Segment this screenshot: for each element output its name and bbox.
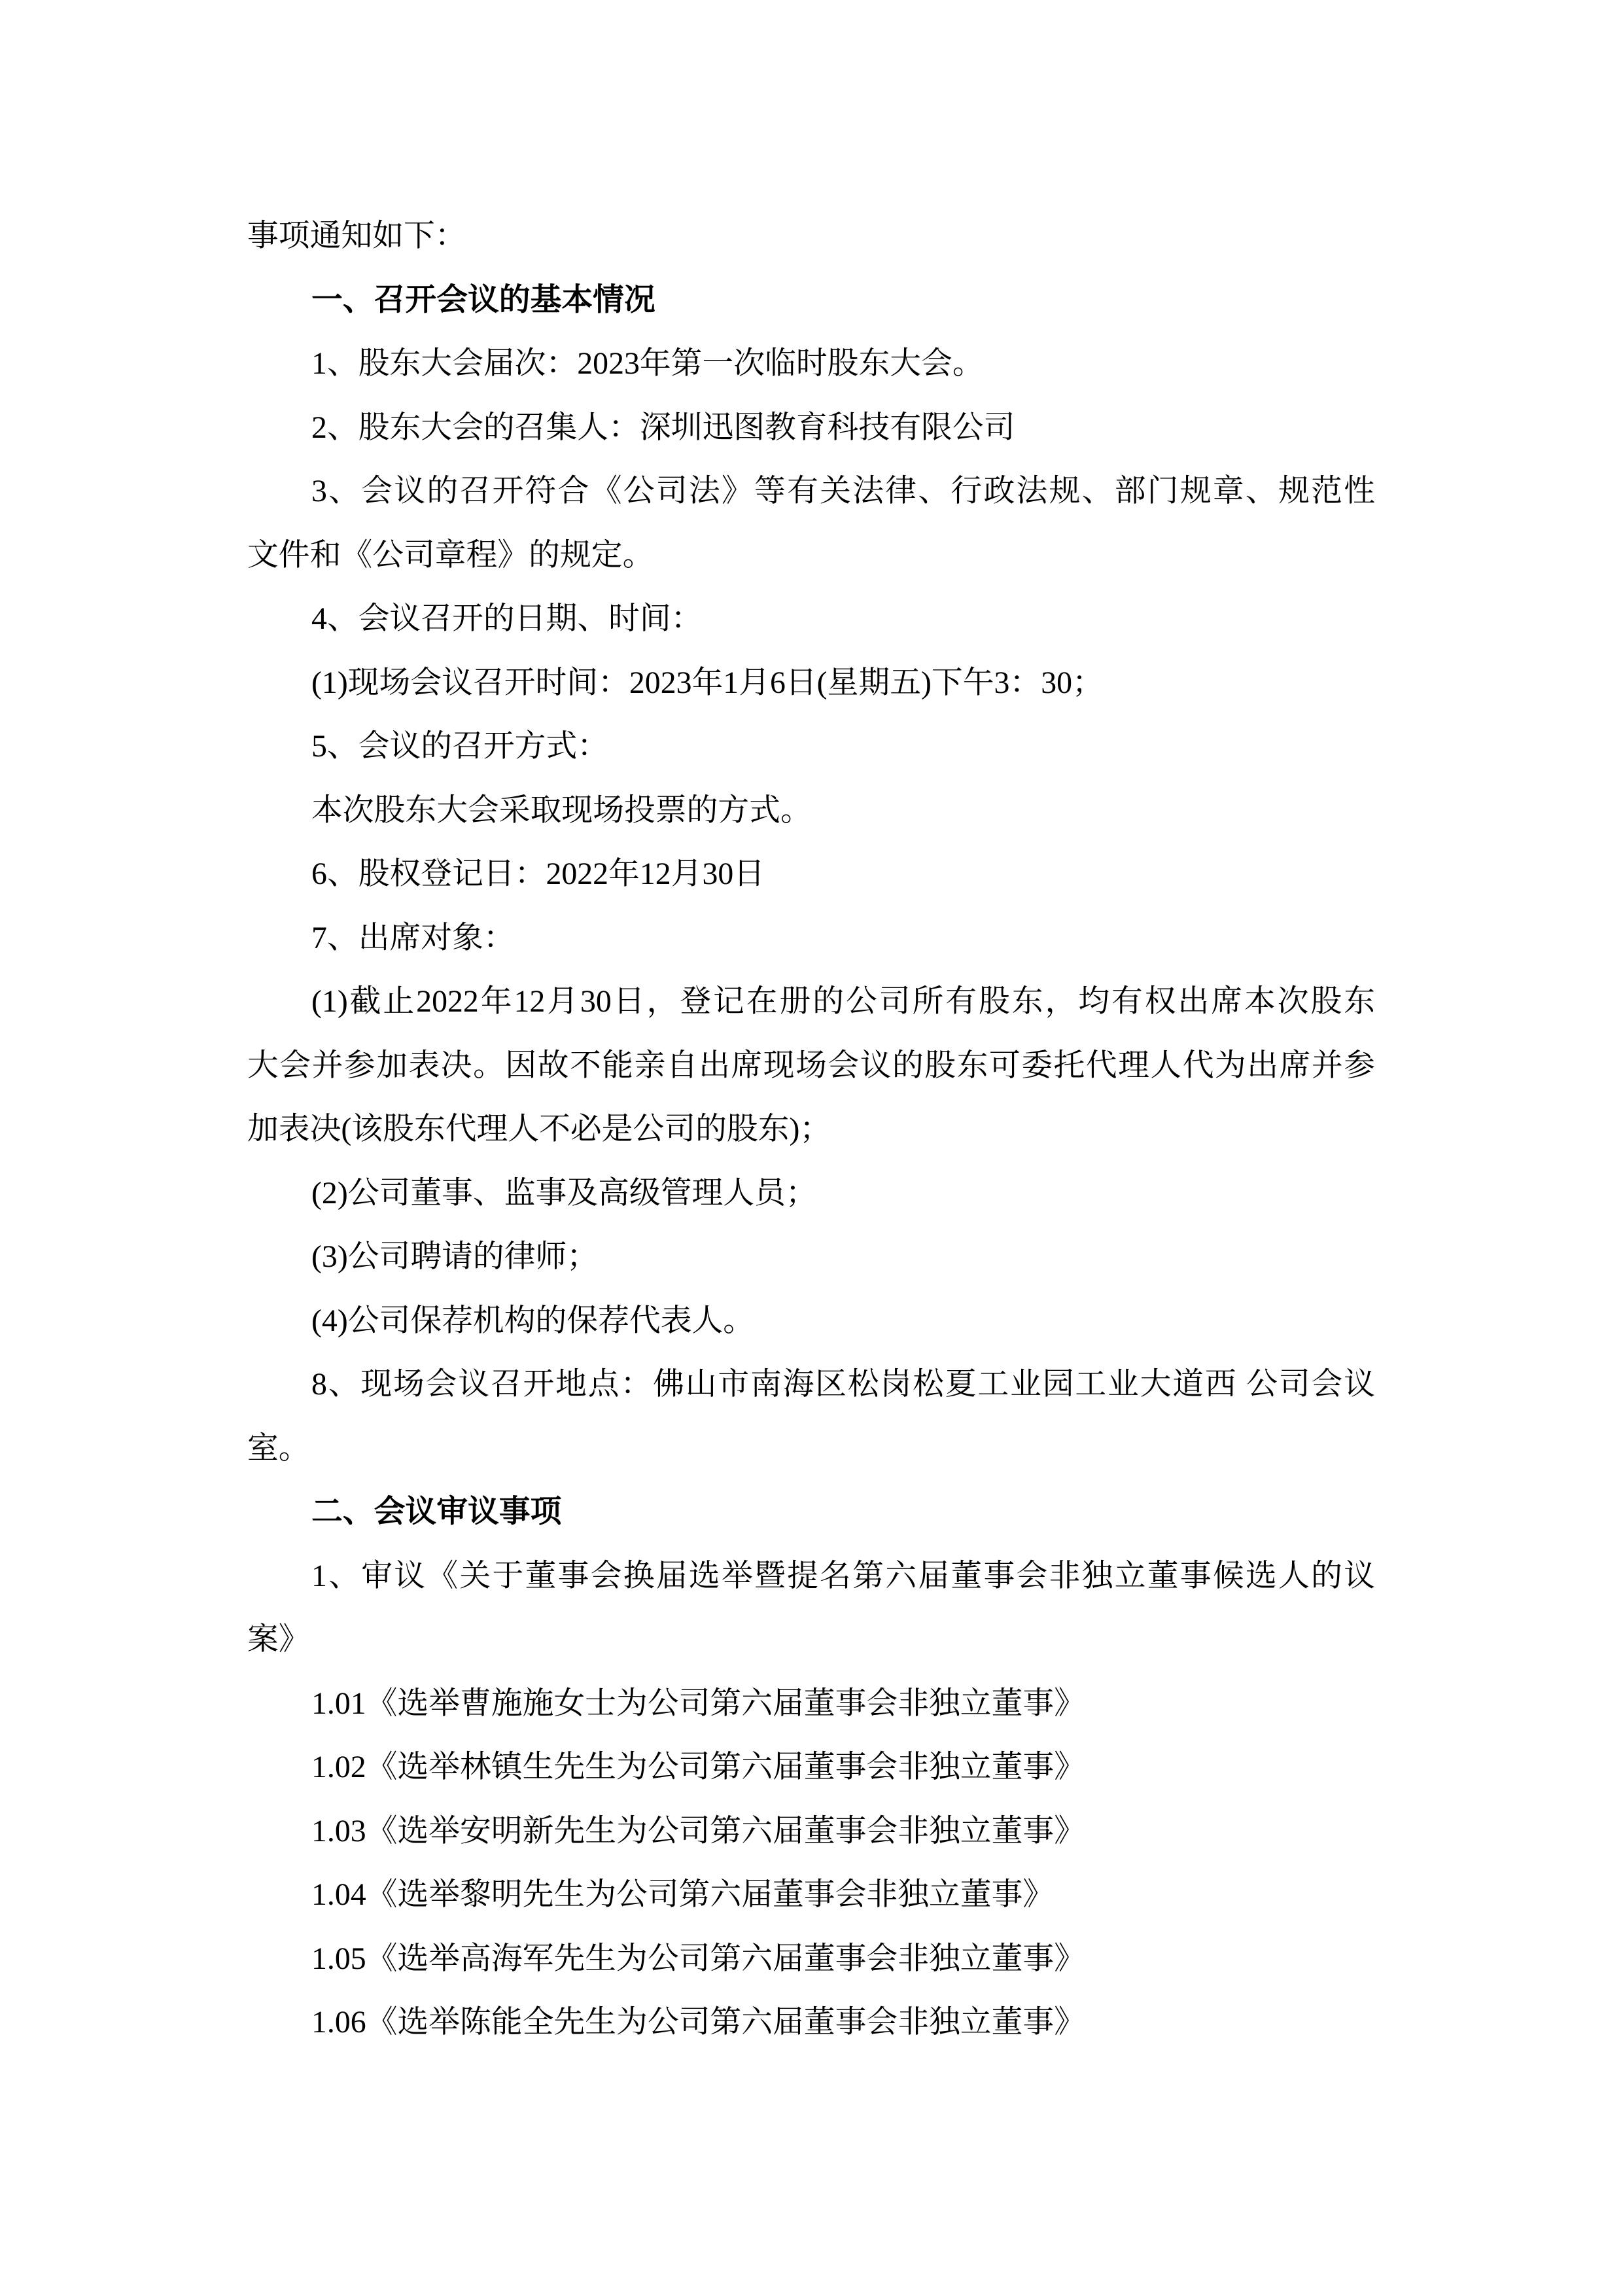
item-onsite-time: (1)现场会议召开时间：2023年1月6日(星期五)下午3：30； — [247, 651, 1375, 715]
attendee-shareholders: (1)截止2022年12月30日，登记在册的公司所有股东，均有权出席本次股东 — [247, 970, 1375, 1034]
section-heading-agenda: 二、会议审议事项 — [247, 1480, 1375, 1544]
sub-proposal-1-03: 1.03《选举安明新先生为公司第六届董事会非独立董事》 — [247, 1799, 1375, 1863]
attendee-directors: (2)公司董事、监事及高级管理人员； — [247, 1161, 1375, 1226]
sub-proposal-1-05: 1.05《选举高海军先生为公司第六届董事会非独立董事》 — [247, 1927, 1375, 1991]
sub-proposal-1-01: 1.01《选举曹施施女士为公司第六届董事会非独立董事》 — [247, 1672, 1375, 1736]
sub-proposal-1-04: 1.04《选举黎明先生为公司第六届董事会非独立董事》 — [247, 1863, 1375, 1927]
sub-proposal-1-06: 1.06《选举陈能全先生为公司第六届董事会非独立董事》 — [247, 1990, 1375, 2055]
document-page: 事项通知如下： 一、召开会议的基本情况 1、股东大会届次：2023年第一次临时股… — [247, 204, 1375, 2055]
item-convener: 2、股东大会的召集人：深圳迅图教育科技有限公司 — [247, 396, 1375, 460]
item-venue-cont: 室。 — [247, 1417, 1375, 1481]
attendee-lawyers: (3)公司聘请的律师； — [247, 1225, 1375, 1289]
sub-proposal-1-02: 1.02《选举林镇生先生为公司第六届董事会非独立董事》 — [247, 1735, 1375, 1799]
attendee-sponsor: (4)公司保荐机构的保荐代表人。 — [247, 1289, 1375, 1353]
section-heading-basic-info: 一、召开会议的基本情况 — [247, 268, 1375, 332]
attendee-shareholders-cont-1: 大会并参加表决。因故不能亲自出席现场会议的股东可委托代理人代为出席并参 — [247, 1034, 1375, 1098]
item-compliance: 3、会议的召开符合《公司法》等有关法律、行政法规、部门规章、规范性 — [247, 459, 1375, 523]
item-meeting-method: 5、会议的召开方式： — [247, 715, 1375, 779]
item-compliance-cont: 文件和《公司章程》的规定。 — [247, 523, 1375, 588]
item-voting-method: 本次股东大会采取现场投票的方式。 — [247, 779, 1375, 843]
item-date-time: 4、会议召开的日期、时间： — [247, 587, 1375, 651]
agenda-item-1: 1、审议《关于董事会换届选举暨提名第六届董事会非独立董事候选人的议 — [247, 1544, 1375, 1608]
attendee-shareholders-cont-2: 加表决(该股东代理人不必是公司的股东)； — [247, 1097, 1375, 1161]
item-venue: 8、现场会议召开地点：佛山市南海区松岗松夏工业园工业大道西 公司会议 — [247, 1352, 1375, 1417]
intro-line: 事项通知如下： — [247, 204, 1375, 268]
item-attendees: 7、出席对象： — [247, 906, 1375, 970]
agenda-item-1-cont: 案》 — [247, 1608, 1375, 1672]
item-meeting-session: 1、股东大会届次：2023年第一次临时股东大会。 — [247, 332, 1375, 396]
item-record-date: 6、股权登记日：2022年12月30日 — [247, 842, 1375, 906]
